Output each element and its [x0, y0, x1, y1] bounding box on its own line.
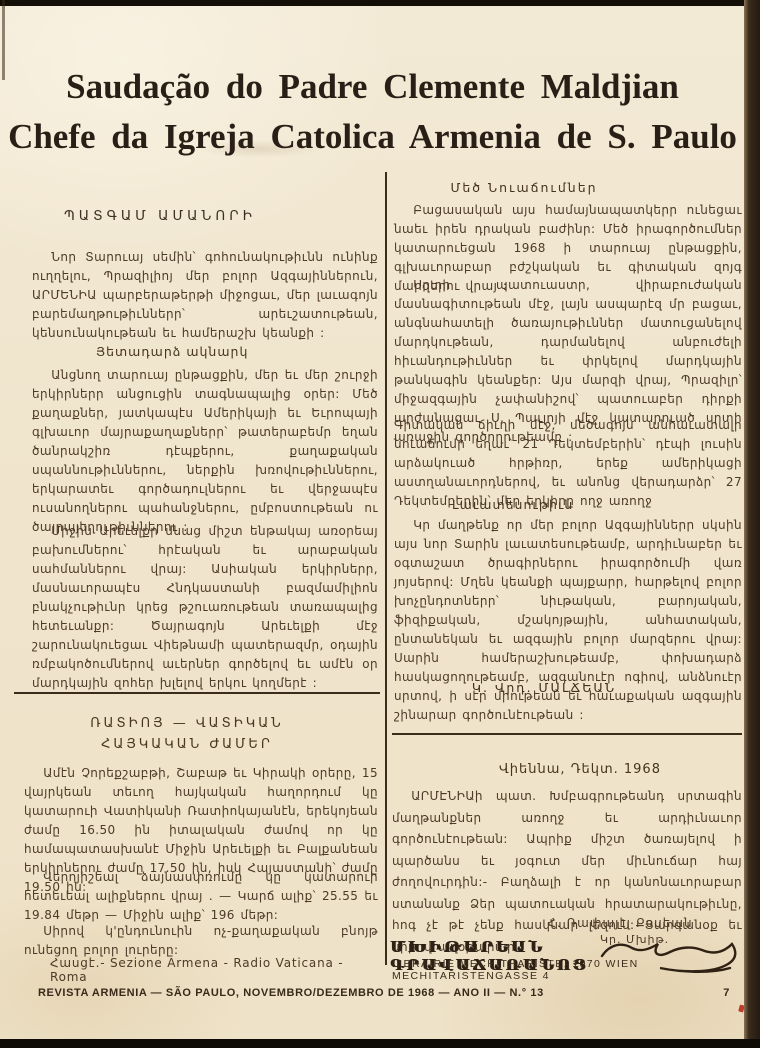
scan-edge-bottom [0, 1039, 760, 1048]
left-column-heading: ՊԱՏԳԱՄ ԱՄԱՆՈՐԻ [64, 208, 256, 224]
mechitarist-imprint-latin: LIBRAIRIE MECHITHARISTE, 1070 WIEN MECHI… [392, 958, 742, 982]
column-divider [385, 172, 387, 965]
right-section-rule [392, 733, 742, 735]
letter-dateline: Վիեննա, Դեկտ. 1968 [470, 762, 690, 777]
right-column-heading: Մեծ Նուաճումներ [394, 180, 654, 195]
radio-vatican-heading-line1: ՌԱՏԻՈՅ — ՎԱՏԻԿԱՆ [32, 716, 342, 731]
footer-journal-line: REVISTA ARMENIA — SÃO PAULO, NOVEMBRO/DE… [38, 987, 544, 999]
title-line-1: Saudação do Padre Clemente Maldjian [0, 62, 745, 112]
scan-edge-right [744, 0, 760, 1048]
left-paragraph-3: Միջին Արեւելքր մնաց միշտ ենթակայ առօրեայ… [32, 522, 378, 693]
right-subheading-optimism: Լաւատեսութիւն [452, 497, 573, 512]
left-section-rule [14, 692, 380, 694]
left-subheading-retrospective: Յետադարձ ակնարկ [96, 344, 248, 359]
page-footer: REVISTA ARMENIA — SÃO PAULO, NOVEMBRO/DE… [38, 987, 738, 999]
left-paragraph-1: Նոր Տարուայ սեմին՝ գոհունակութիւնն ունին… [32, 248, 378, 343]
radio-address-line: Հասցէ.- Sezione Armena - Radio Vaticana … [50, 956, 380, 984]
radio-paragraph-3: Սիրով կ'ընդունուին ոչ-քաղաքական բնոյթ ու… [24, 922, 378, 960]
page-title: Saudação do Padre Clemente Maldjian Chef… [0, 62, 745, 162]
scanned-magazine-page: Saudação do Padre Clemente Maldjian Chef… [0, 0, 760, 1048]
scan-edge-left [2, 0, 5, 80]
title-line-2: Chefe da Igreja Catolica Armenia de S. P… [0, 112, 745, 162]
author-signature-typed: Կ. Վրդ. ՄԱԼՃԵԱՆ [394, 680, 694, 695]
radio-paragraph-2: Վերոյիշեալ ձայնասփռումը կը կատարուի հետե… [24, 868, 378, 925]
scan-edge-top [0, 0, 760, 6]
radio-vatican-heading-line2: ՀԱՅԿԱԿԱՆ ԺԱՄԵՐ [32, 737, 342, 752]
page-number: 7 [723, 987, 730, 999]
left-paragraph-2: Անցնող տարուայ ընթացքին, մեր եւ մեր շուր… [32, 366, 378, 537]
